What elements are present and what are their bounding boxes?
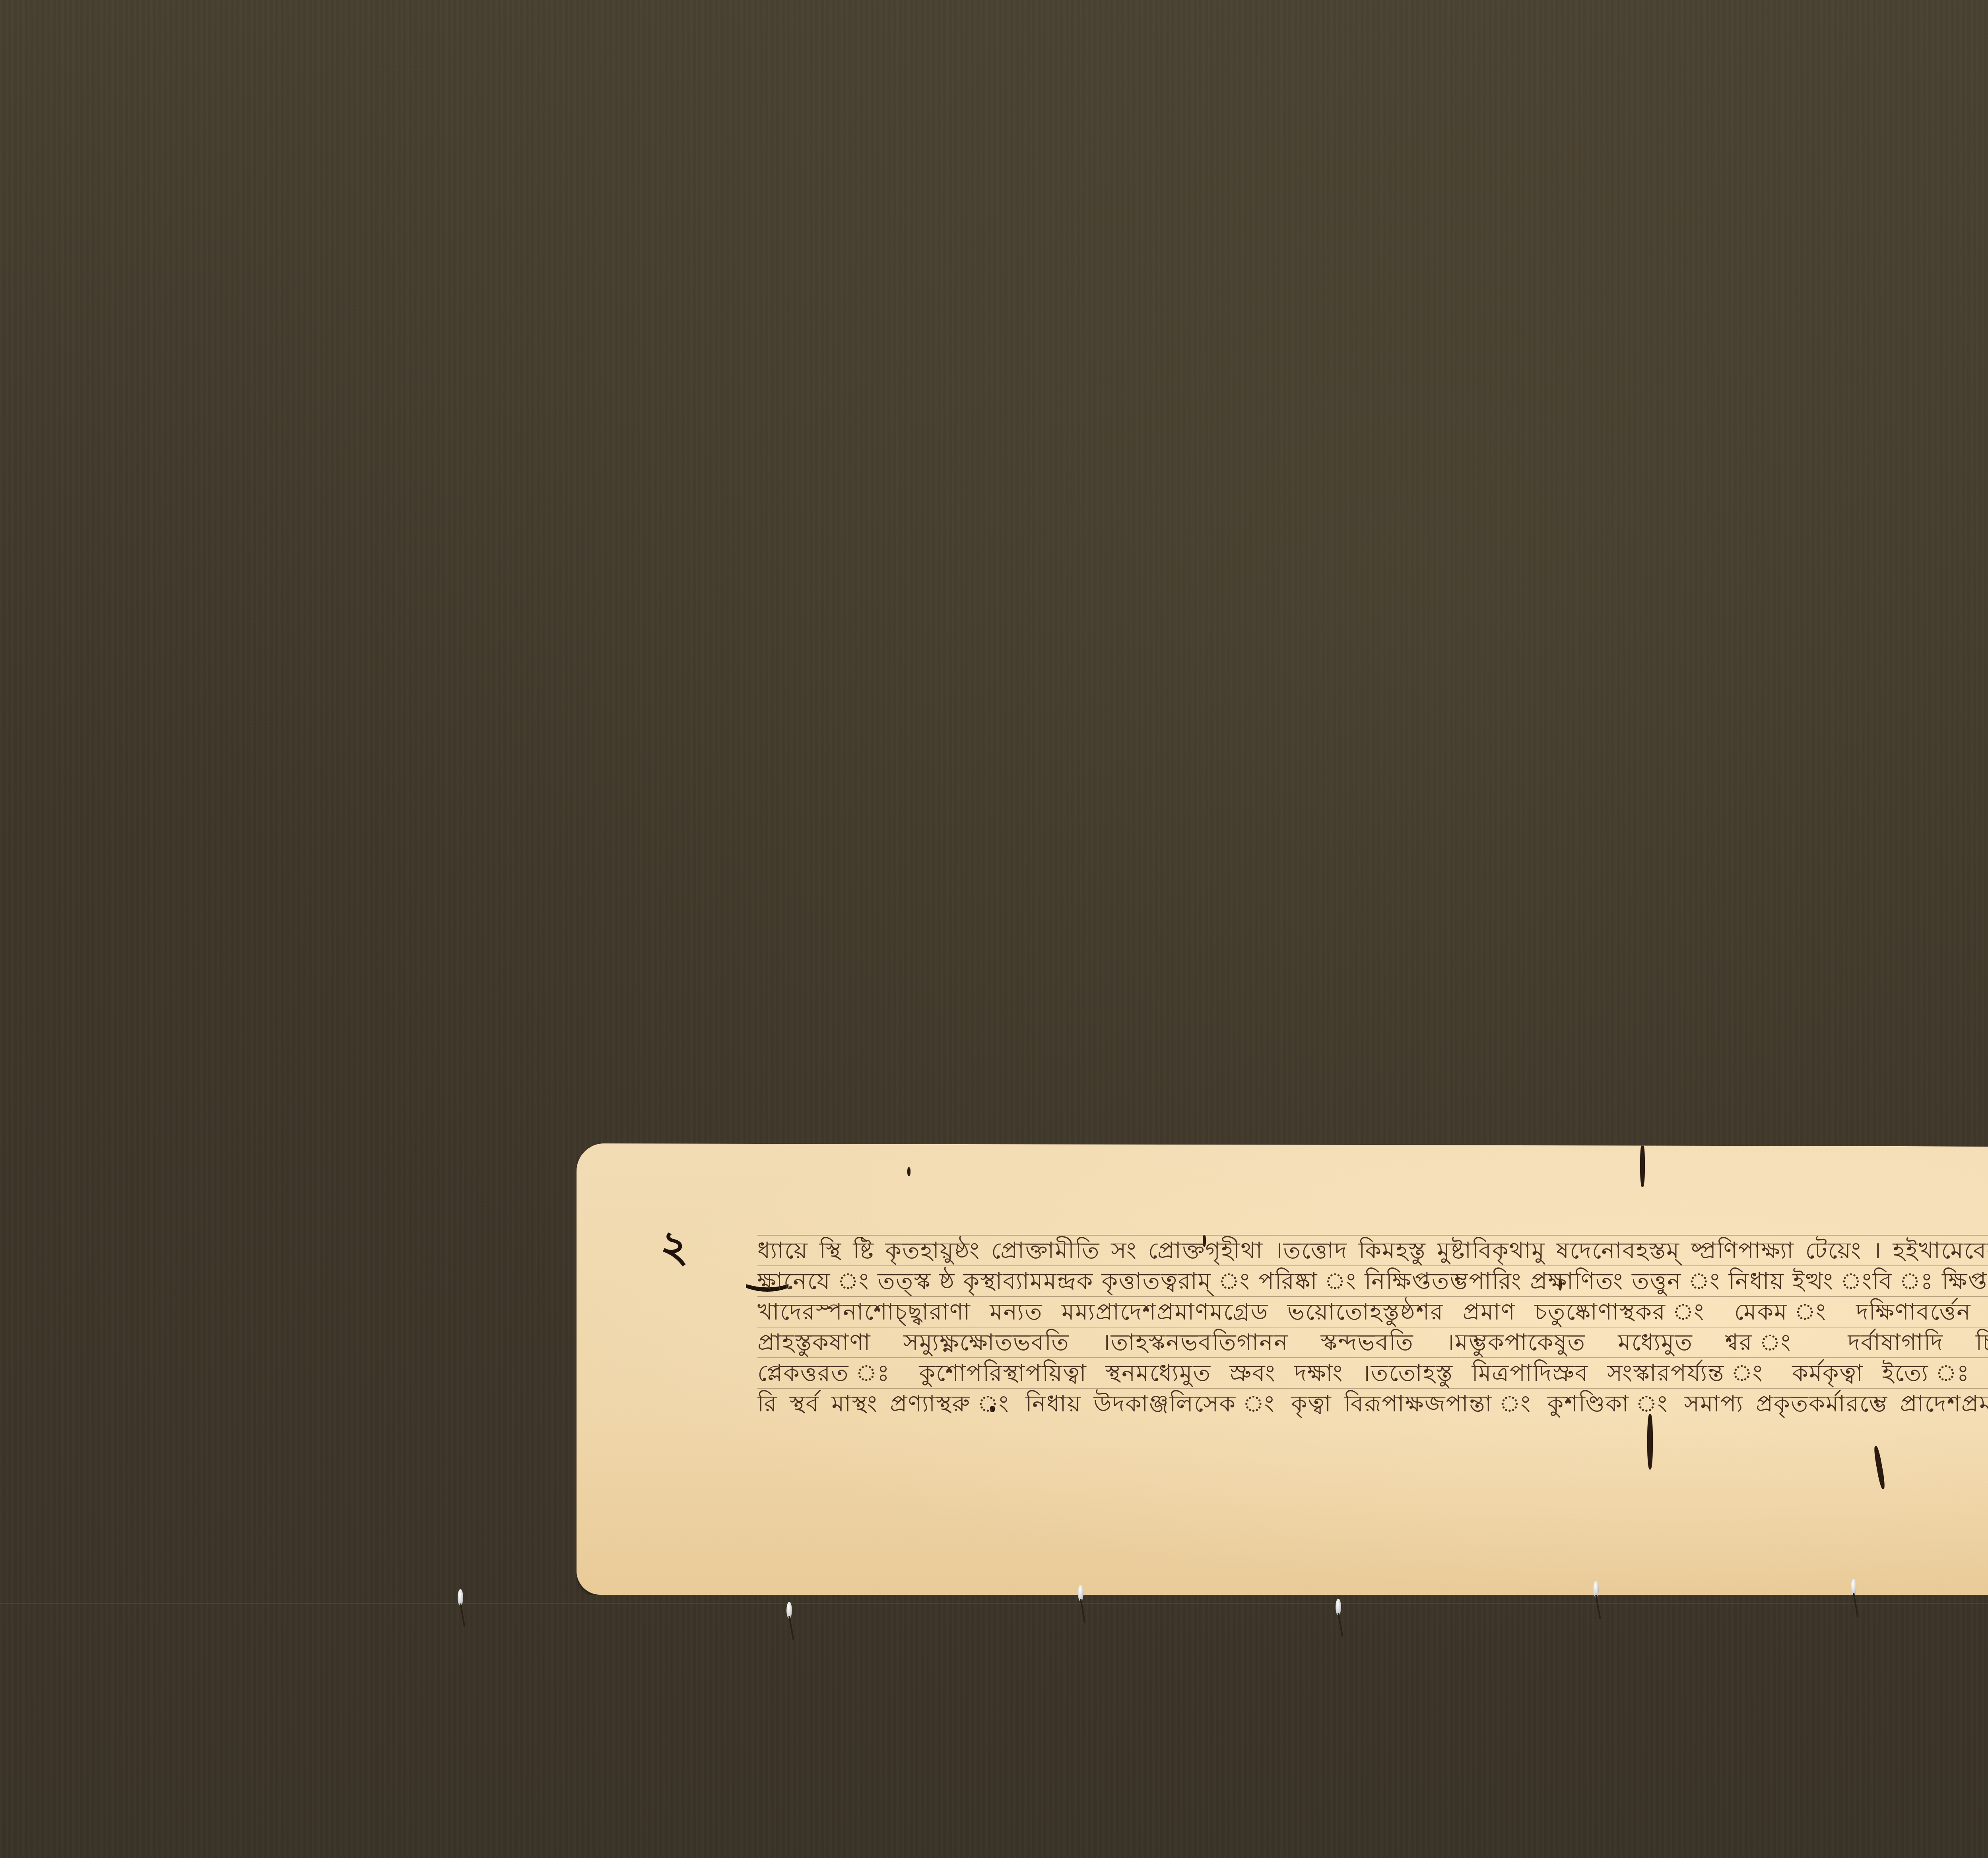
ink-blot [1647, 1414, 1653, 1469]
fabric-seam [0, 1602, 1988, 1605]
text-line-2: ক্ষানেযে ং তত্স্ক ষ্ঠ কৃস্থাব্যামমন্দ্রক… [757, 1265, 1988, 1296]
pin-4 [1336, 1599, 1341, 1615]
pin-6 [1851, 1579, 1856, 1596]
pin-2 [786, 1602, 792, 1619]
pin-1 [458, 1589, 463, 1606]
ink-blot [1640, 1143, 1645, 1187]
ink-blot [907, 1167, 911, 1176]
text-line-1: ধ্যায়ে স্থি ষ্টি কৃতহায়ুষ্ঠং প্রোক্তাম… [757, 1235, 1988, 1265]
text-line-4: প্রাহস্তুকষাণা সম্যুক্ষ্ণক্ষোতভবতি ।তাহস… [757, 1327, 1988, 1357]
pin-5 [1593, 1581, 1599, 1598]
folio-number-mark: ২ [660, 1213, 689, 1286]
manuscript-text: ধ্যায়ে স্থি ষ্টি কৃতহায়ুষ্ঠং প্রোক্তাম… [757, 1235, 1988, 1419]
text-line-5: প্লেকত্তরত ঃ কুশোপরিস্থাপয়িত্বা স্থনমধ্… [757, 1357, 1988, 1388]
text-line-6: রি স্থর্ব মাস্থং প্রণ্যাস্থরু ং নিধায় উ… [757, 1388, 1988, 1419]
pin-3 [1078, 1585, 1083, 1601]
text-line-3: খাদেরস্পনাশোচ্ছ্বারাণা মন্যত মম্যপ্রাদেশ… [757, 1296, 1988, 1327]
ink-blot [1873, 1446, 1886, 1490]
